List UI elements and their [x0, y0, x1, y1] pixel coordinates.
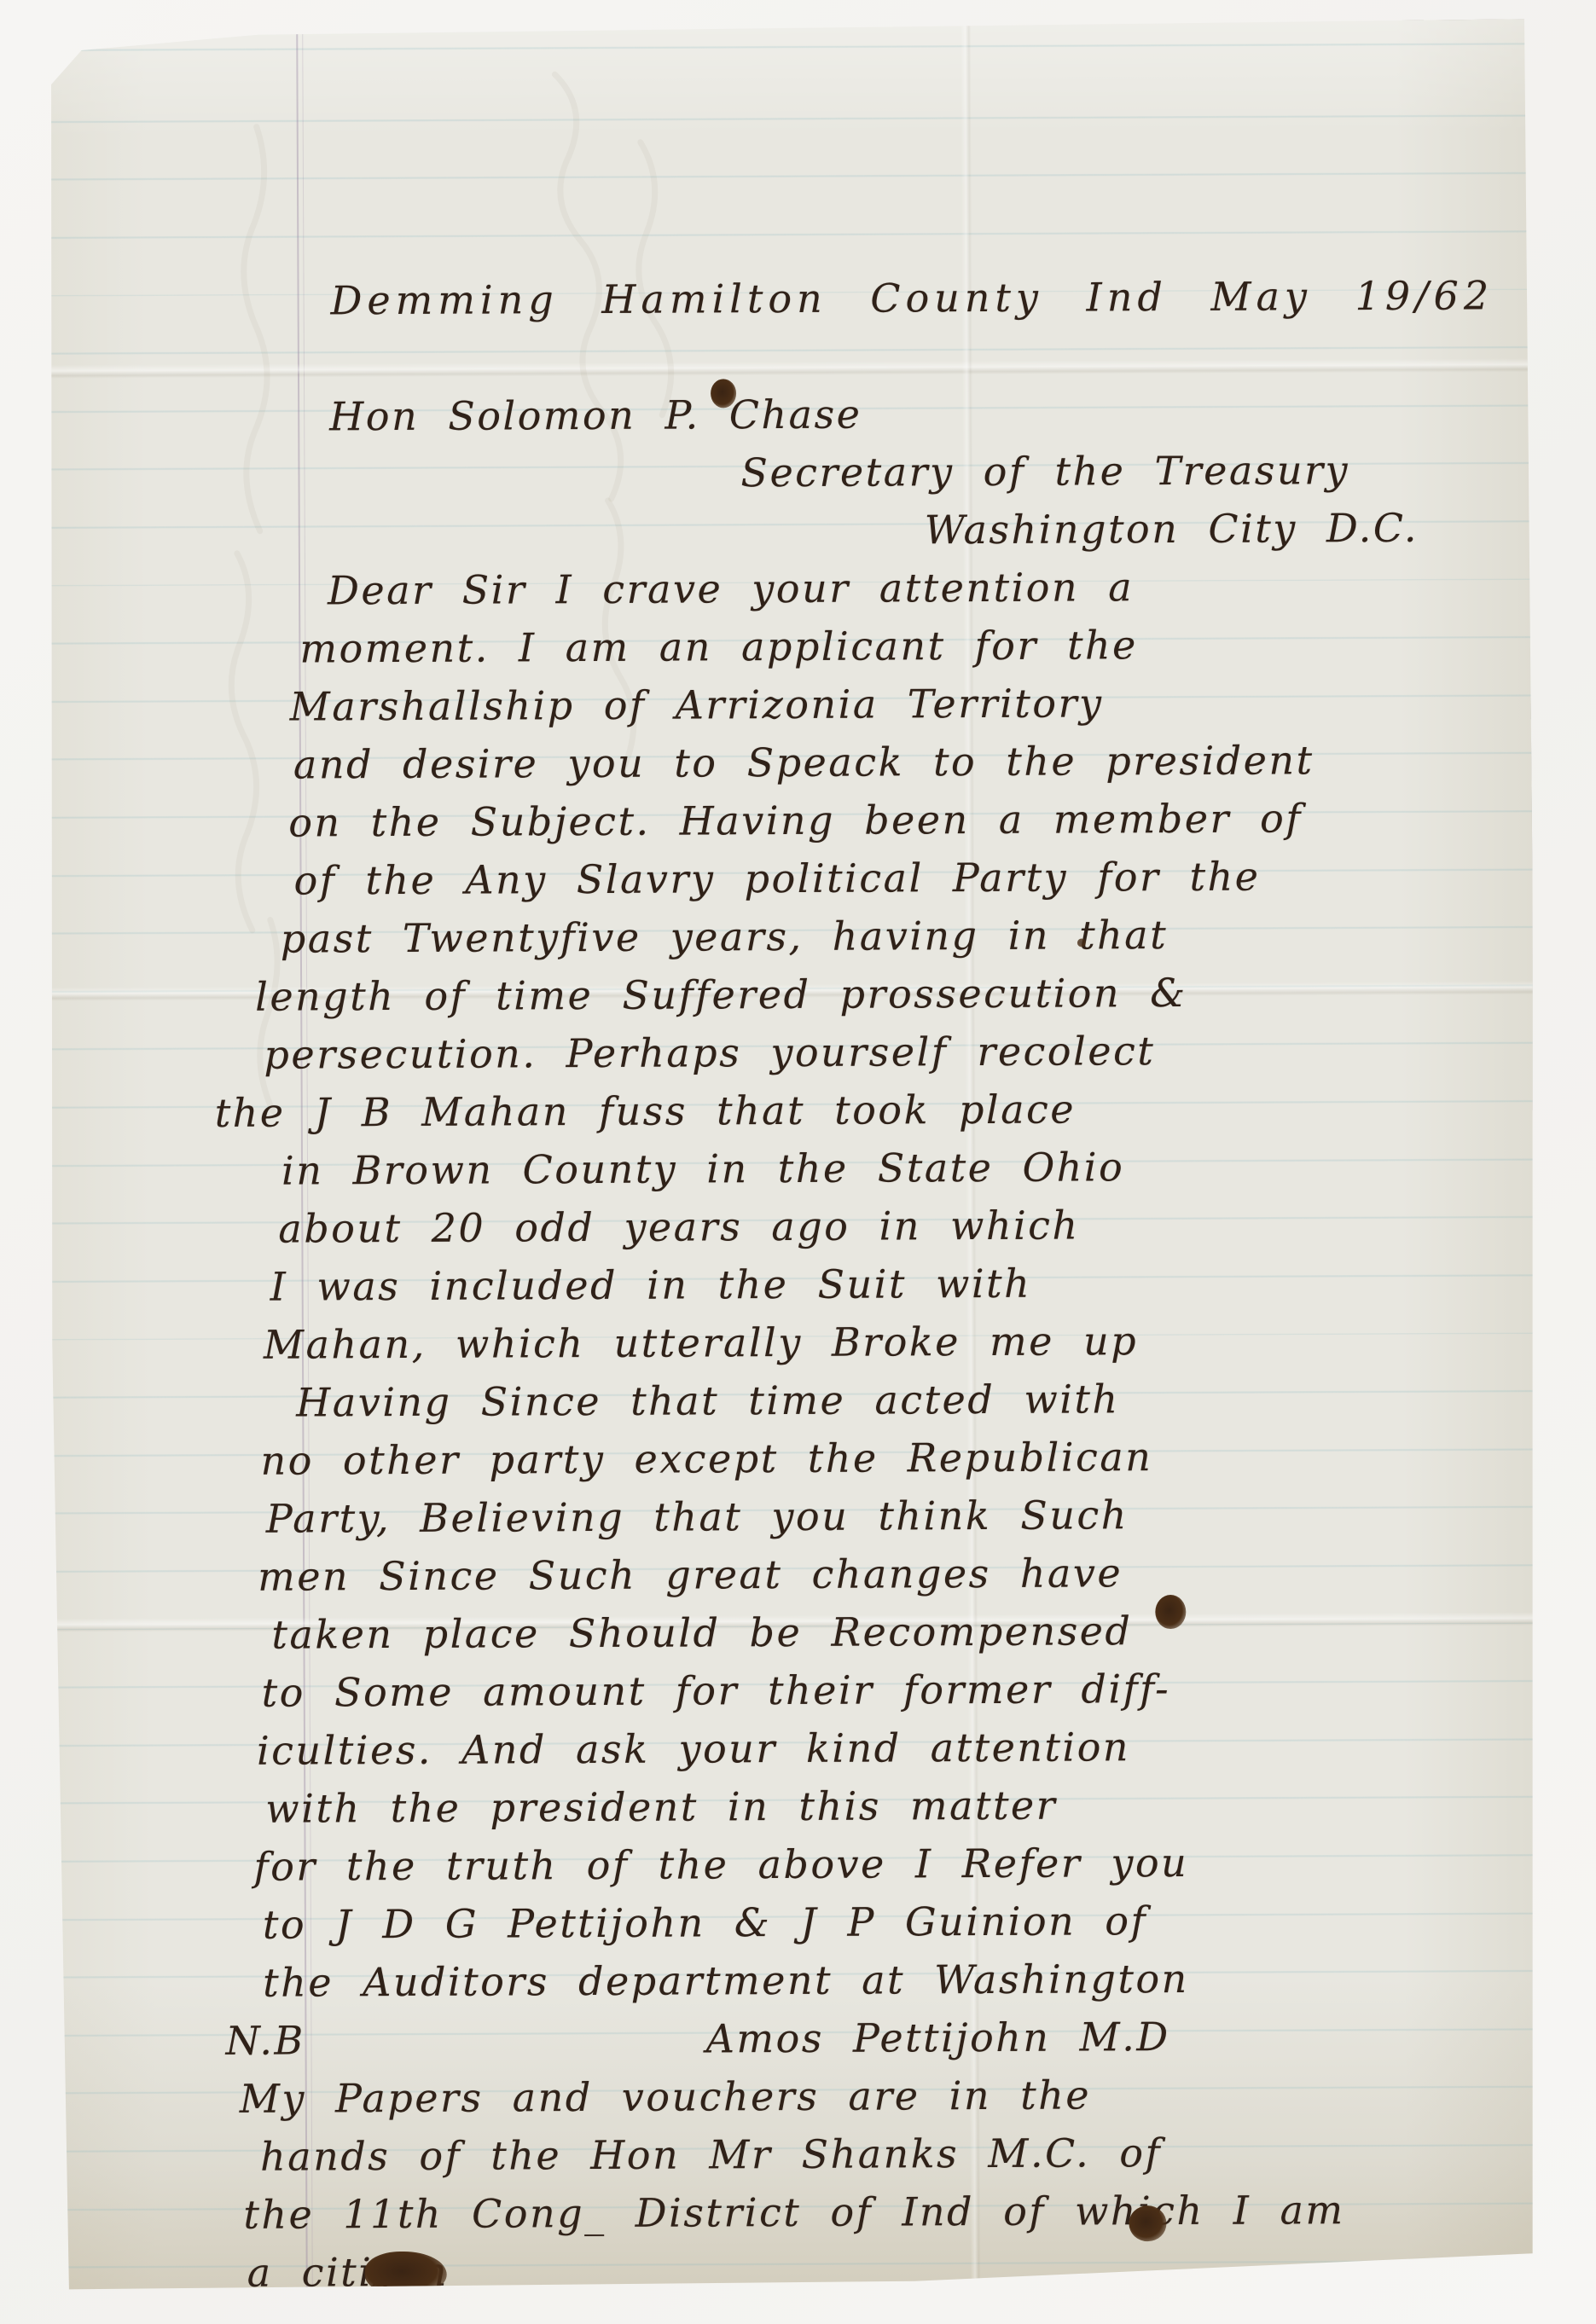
letter-line: Hon Solomon P. Chase	[203, 375, 1483, 439]
letter-line: the J B Mahan fuss that took place	[206, 1071, 1486, 1135]
letter-line-text: the Auditors department at Washington	[263, 1956, 1189, 2005]
letter-line-text: Having Since that time acted with	[296, 1376, 1120, 1424]
letter-line-text: moment. I am an applicant for the	[299, 623, 1138, 670]
letter-line: Having Since that time acted with	[207, 1361, 1487, 1425]
letter-line: the Auditors department at Washington	[210, 1941, 1489, 2005]
letter-line: of the Any Slavry political Party for th…	[205, 839, 1484, 903]
letter-line-text: Demming Hamilton County Ind May 19/62	[330, 273, 1494, 322]
letter-line-text: and desire you to Speack to the presiden…	[293, 738, 1315, 786]
letter-line-text: Washington City D.C.	[925, 506, 1419, 553]
letter-line: for the truth of the above I Refer you	[209, 1825, 1489, 1889]
letter-line: with the president in this matter	[209, 1767, 1489, 1831]
letter-line: Dear Sir I crave your attention a	[204, 549, 1483, 613]
letter-line-text: the 11th Cong_ District of Ind of which …	[243, 2188, 1344, 2237]
letter-line-text: Marshallship of Arrizonia Territory	[290, 681, 1104, 728]
letter-line-text: length of time Suffered prossecution &	[255, 971, 1187, 1019]
letter-line: Marshallship of Arrizonia Territory	[204, 665, 1483, 729]
letter-line-text: for the truth of the above I Refer you	[253, 1840, 1188, 1889]
letter-line: N.BAmos Pettijohn M.D	[210, 1999, 1489, 2063]
letter-line-text: hands of the Hon Mr Shanks M.C. of	[260, 2130, 1162, 2179]
letter-line-text: N.B	[225, 2018, 305, 2062]
letter-line-text: to J D G Pettijohn & J P Guinion of	[263, 1898, 1147, 1947]
letter-line-text: of the Any Slavry political Party for th…	[293, 855, 1260, 903]
letter-line: and desire you to Speack to the presiden…	[205, 723, 1484, 787]
letter-line: Demming Hamilton County Ind May 19/62	[202, 259, 1482, 323]
letter-line-text: Party, Believing that you think Such	[266, 1492, 1129, 1540]
letter-line-text: taken place Should be Recompensed	[271, 1608, 1132, 1656]
letter-line: I was included in the Suit with	[206, 1245, 1486, 1309]
letter-line-text: Hon Solomon P. Chase	[329, 392, 862, 439]
letter-line: Secretary of the Treasury	[203, 433, 1483, 497]
scan-background: Demming Hamilton County Ind May 19/62Hon…	[0, 0, 1596, 2324]
letter-line-text: Dear Sir I crave your attention a	[328, 565, 1134, 612]
ink-blot	[1155, 1595, 1186, 1629]
letter-line: moment. I am an applicant for the	[204, 607, 1483, 671]
letter-line-text: no other party except the Republican	[260, 1434, 1152, 1483]
letter-line-text: in Brown County in the State Ohio	[281, 1145, 1124, 1192]
ink-blot	[711, 379, 736, 408]
letter-line-text: past Twentyfive years, having in that	[281, 913, 1169, 961]
letter-line-text: about 20 odd years ago in which	[278, 1203, 1079, 1251]
letter-line: on the Subject. Having been a member of	[205, 781, 1484, 845]
letter-line-text: My Papers and vouchers are in the	[240, 2072, 1091, 2120]
ink-blot	[1077, 938, 1086, 947]
letter-line: in Brown County in the State Ohio	[206, 1129, 1486, 1193]
letter-line: length of time Suffered prossecution &	[206, 955, 1485, 1019]
letter-line: taken place Should be Recompensed	[208, 1593, 1488, 1657]
letter-line	[203, 317, 1483, 381]
letter-line-text: Mahan, which utterally Broke me up	[264, 1318, 1138, 1366]
letter-line: the 11th Cong_ District of Ind of which …	[211, 2173, 1490, 2237]
letter-line-text: Secretary of the Treasury	[740, 448, 1349, 495]
ink-blot	[365, 2252, 447, 2296]
letter-line: iculties. And ask your kind attention	[209, 1709, 1489, 1773]
letter-line: persecution. Perhaps yourself recolect	[206, 1013, 1485, 1077]
letter-line-text: men Since Such great changes have	[258, 1550, 1123, 1598]
letter-line: hands of the Hon Mr Shanks M.C. of	[211, 2115, 1490, 2179]
letter-line: no other party except the Republican	[207, 1419, 1487, 1483]
letter-line-text: Amos Pettijohn M.D	[706, 2014, 1170, 2060]
letter-line-text: to Some amount for their former diff-	[262, 1666, 1171, 1715]
letter-line: Washington City D.C.	[204, 491, 1483, 555]
ink-blot	[1129, 2205, 1166, 2241]
letter-line-text: with the president in this matter	[265, 1783, 1057, 1831]
letter-line: men Since Such great changes have	[208, 1535, 1488, 1599]
letter-line: to J D G Pettijohn & J P Guinion of	[210, 1883, 1489, 1947]
letter-line: past Twentyfive years, having in that	[206, 897, 1485, 961]
letter-line-text: persecution. Perhaps yourself recolect	[264, 1029, 1155, 1077]
letter-page: Demming Hamilton County Ind May 19/62Hon…	[43, 19, 1539, 2301]
letter-line-text: on the Subject. Having been a member of	[288, 796, 1303, 844]
letter-line: about 20 odd years ago in which	[206, 1187, 1486, 1251]
letter-line-text: the J B Mahan fuss that took place	[215, 1087, 1077, 1135]
letter-line: Party, Believing that you think Such	[208, 1477, 1488, 1541]
letter-line: Mahan, which utterally Broke me up	[207, 1303, 1487, 1367]
letter-line: My Papers and vouchers are in the	[211, 2057, 1490, 2121]
letter-line-text: iculties. And ask your kind attention	[257, 1724, 1130, 1772]
letter-line-text: I was included in the Suit with	[270, 1261, 1032, 1309]
letter-line: to Some amount for their former diff-	[209, 1651, 1489, 1715]
letter-text: Demming Hamilton County Ind May 19/62Hon…	[202, 259, 1490, 2295]
